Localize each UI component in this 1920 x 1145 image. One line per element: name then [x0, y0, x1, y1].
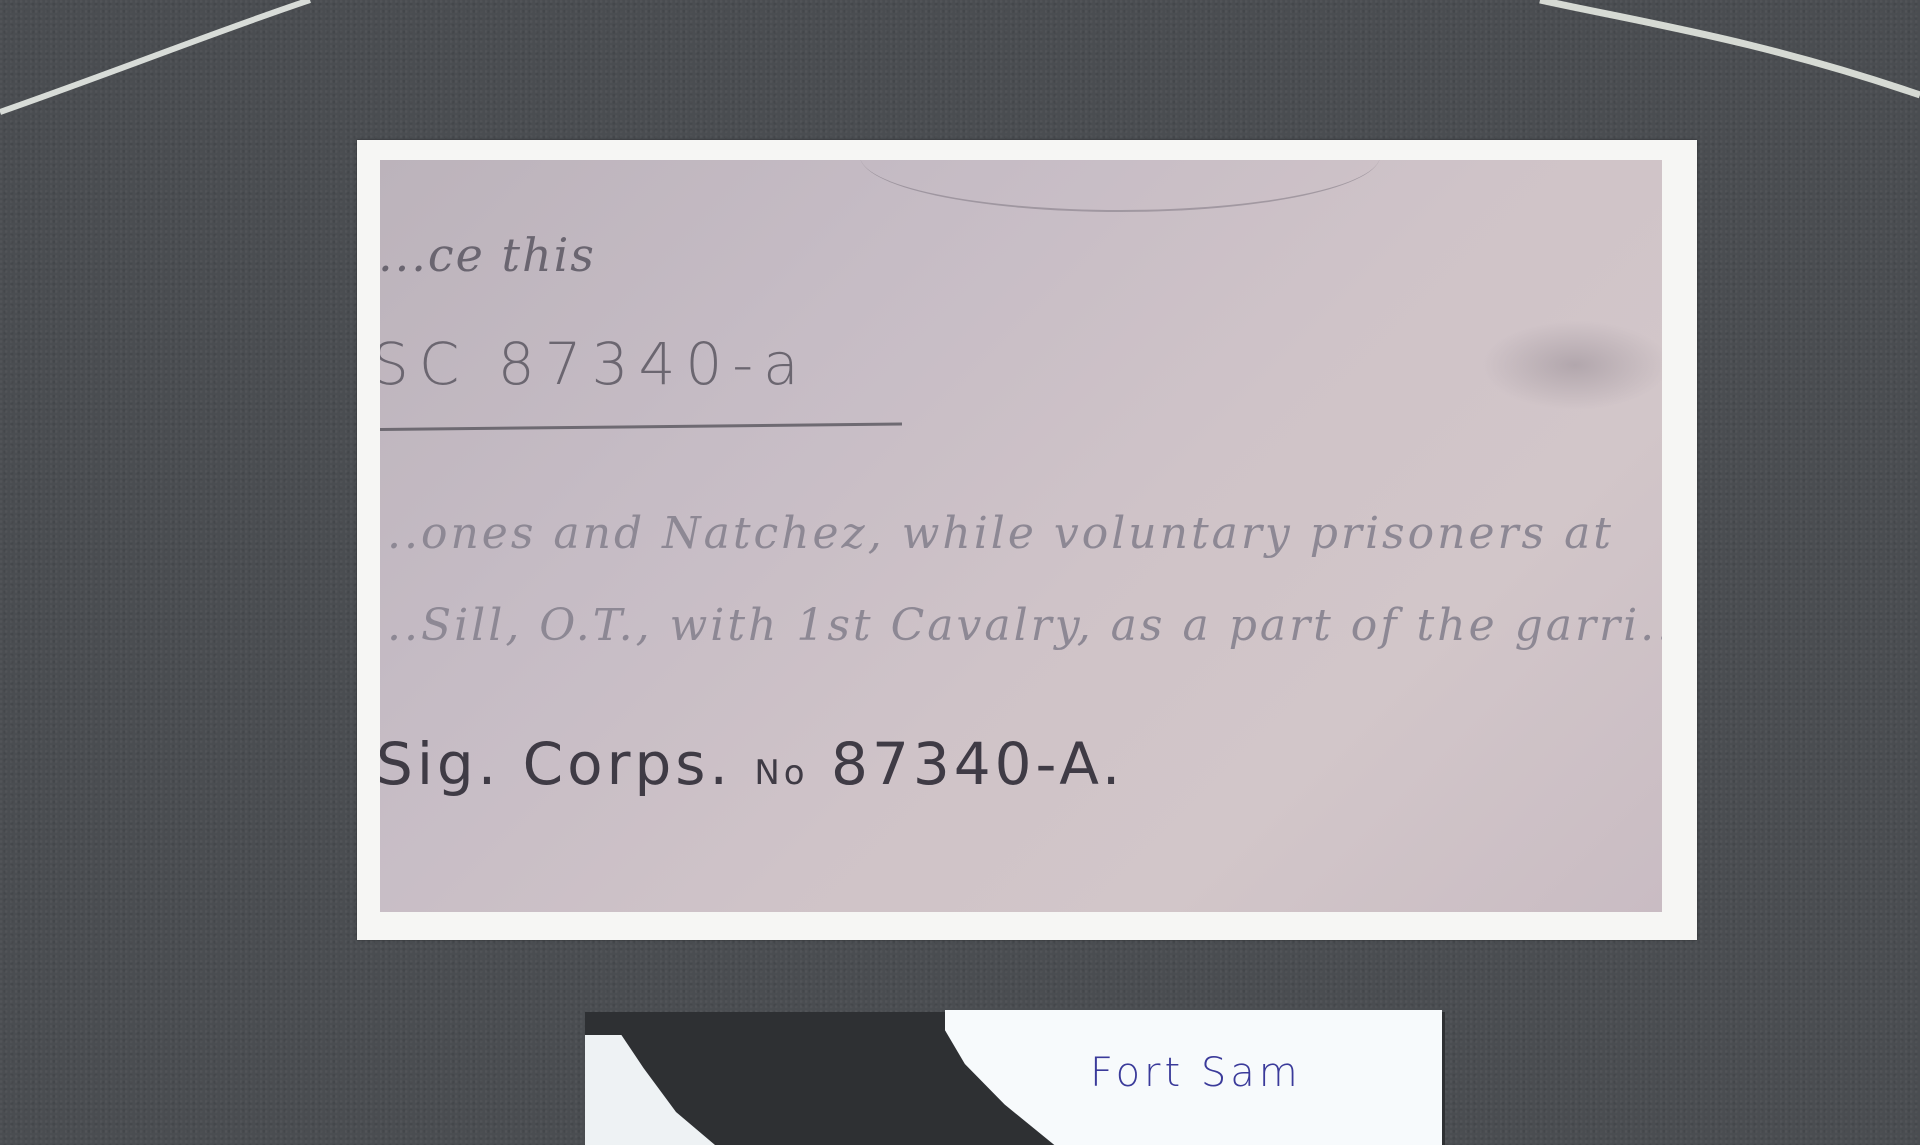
faint-arc-mark — [860, 160, 1380, 212]
stamp-prefix: Sig. Corps. — [380, 730, 732, 798]
caption-line-1: ...ones and Natchez, while voluntary pri… — [380, 508, 1614, 559]
hanging-wire — [0, 0, 1920, 140]
label-text: Fort Sam — [1090, 1050, 1302, 1096]
stamp-number: 87340-A. — [831, 730, 1124, 798]
signal-corps-stamp: Sig. Corps. No 87340-A. — [380, 730, 1124, 798]
pencil-note-line1: ...ce this — [380, 228, 596, 282]
caption-line-2: ...Sill, O.T., with 1st Cavalry, as a pa… — [380, 600, 1662, 651]
pencil-underline — [380, 423, 902, 431]
photo-back: ...ce this SC 87340-a ...ones and Natche… — [380, 160, 1662, 912]
smudge-mark — [1480, 320, 1662, 410]
stamp-no: No — [754, 753, 808, 793]
catalog-number: SC 87340-a — [380, 330, 809, 398]
